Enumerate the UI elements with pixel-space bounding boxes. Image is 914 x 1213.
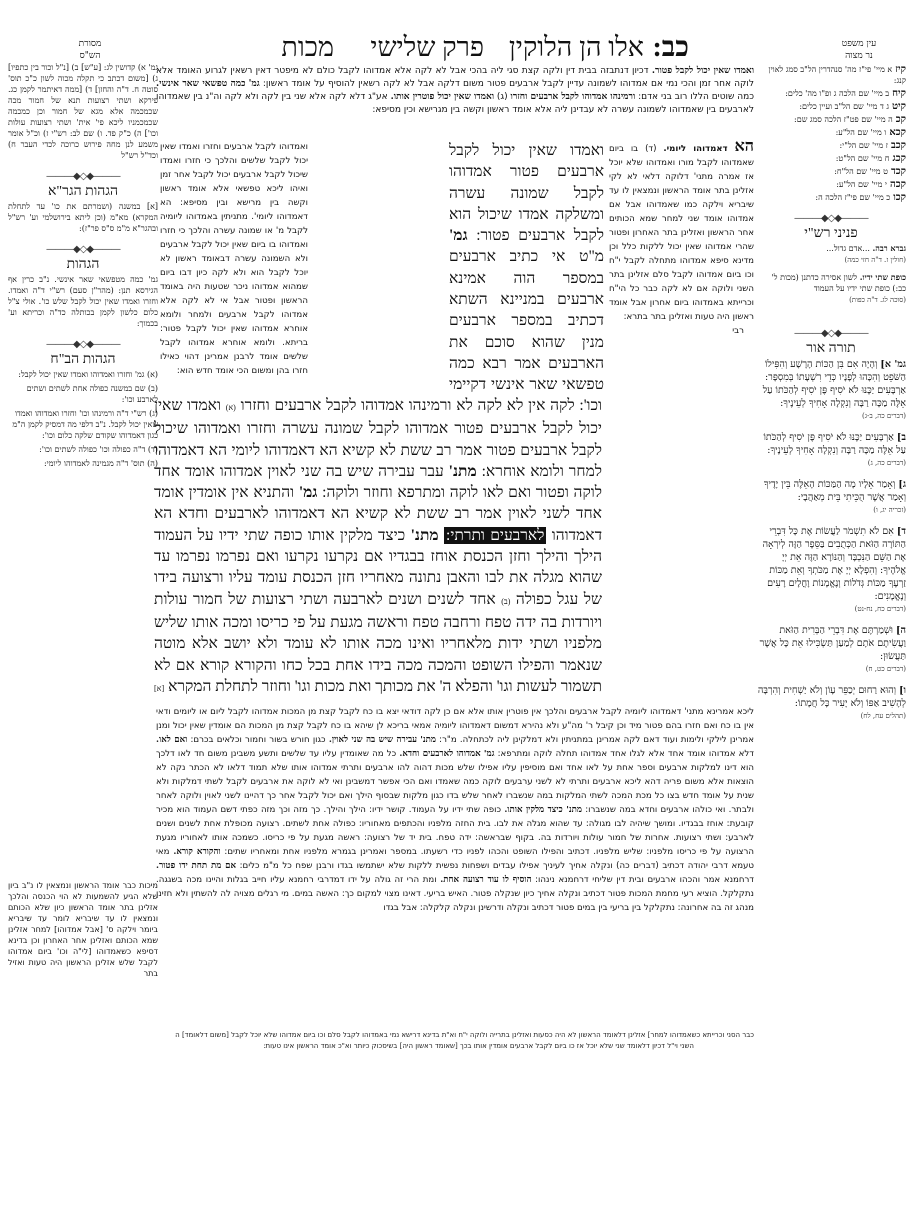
footnotes: כבר הסני וכרייתא כשאמדוהו למחר] אזלינן ד… [156, 1030, 754, 1060]
torah-or-entry: ה] וּשְׁמַרְתֶּם אֶת דִּבְרֵי הַבְּרִית … [756, 624, 906, 676]
ein-mishpat-list: קיזא מיי' פי"ז מה' סנהדרין הל"ב סמג לאוי… [756, 64, 906, 203]
hashas-title: הש"ס [55, 50, 125, 62]
torah-or-entry: ד] אִם לֹא תִשְׁמֹר לַעֲשׂוֹת אֶת כָּל ד… [756, 525, 906, 616]
pninei-rashi-title: פניני רש"י [756, 228, 906, 239]
torah-or-entry: ב] אַרְבָּעִים יַכֶּנּוּ לֹא יֹסִיף פֶּן… [756, 431, 906, 470]
daf-number: כב: [652, 32, 689, 64]
ein-mishpat-item: קיזא מיי' פי"ז מה' סנהדרין הל"ב סמג לאוי… [756, 64, 906, 86]
rashi-lower-commentary: ליכא אמרינא מתני' דאמדוהו ליומיה לקבל אר… [156, 705, 754, 1020]
page-header: עין משפט נר מצוה כב: אלו הן הלוקין פרק ש… [0, 0, 914, 62]
perek-label: פרק שלישי [370, 32, 484, 63]
ein-mishpat-item: קכגח מיי' שם הל"ט: [756, 153, 906, 164]
gemara-main: וכו': לקה אין לא לקה לא ורמינהו אמדוהו ל… [154, 395, 602, 695]
gemara-upper: ואמדו שאין יכול לקבל ארבעים פטור אמדוהו … [449, 140, 604, 395]
hagahot-habach-entry: (ד) ד"ה כפולה וכו' כפולה לשתים וכו': [8, 444, 158, 455]
ornament-divider: ———◆◇◆——— [756, 213, 906, 224]
ein-mishpat-title: עין משפט [824, 38, 894, 50]
pninei-rashi-entry: גברא רבה. ...אדם גדול... (חולין ז. ד"ה ח… [756, 243, 906, 266]
hagahot-habach-entry: (ה) תוס' ד"ה מגמינה לאמדוהו ליומי: [8, 458, 158, 469]
left-margin-lower-text: מיכות כבר אומד הראשון ונמצאין לו נ"ב ביו… [8, 880, 158, 1040]
hagahot-title: הגהות [8, 259, 158, 270]
hagahot-hagra-text: [א] במשנה (ושמרתם את כו' עד לתחלת המקרא)… [8, 201, 158, 234]
right-margin-column: קיזא מיי' פי"ז מה' סנהדרין הל"ב סמג לאוי… [756, 62, 906, 731]
hagahot-text: גמ' כמה מטפשאי שאר אינשי. נ"ב כרין אף הג… [8, 274, 158, 329]
rashi-column: הא דאמדוהו ליומי. (ד) בו ביום שאמדוהו לק… [609, 140, 754, 395]
ein-mishpat-item: קכוכ מיי' שם פי"ז הלכה ה: [756, 192, 906, 203]
ornament-divider: ———◆◇◆——— [8, 244, 158, 255]
torah-or-entry: ג] וְאָמַר אֵלָיו מָה הַמַּכּוֹת הָאֵלֶּ… [756, 478, 906, 517]
hagahot-hagra-title: הגהות הגר"א [8, 186, 158, 197]
ein-mishpat-item: קיחב מיי' שם הלכה ג ופ"ו מה' כלים: [756, 88, 906, 99]
ner-mitzvah-title: נר מצוה [824, 50, 894, 62]
torah-or-entry: גמ' א] וְהָיָה אִם בִּן הַכּוֹת הָרָשָׁע… [756, 358, 906, 423]
ornament-divider: ———◆◇◆——— [8, 171, 158, 182]
hagahot-habach-title: הגהות הב"ח [8, 354, 158, 365]
highlighted-text: לארבעים ותרתי: [444, 527, 546, 544]
torah-or-entry: ו] וְהוּא רַחוּם יְכַפֵּר עָוֹן וְלֹא יַ… [756, 684, 906, 723]
mesoret-hashas-header: מסורת הש"ס [55, 38, 125, 62]
hagahot-habach-entry: (א) גמ' וחזרו ואמדוהו ואמדו שאין יכול לק… [8, 369, 158, 380]
hagahot-habach-entry: (ג) רש"י ד"ה ורמינהו וכו' וחזרו ואמדוהו … [8, 408, 158, 441]
mesoret-title: מסורת [55, 38, 125, 50]
left-margin-column: גמ' א) קדושין לג: [ע"ש] ב) [נ"ל וכור בין… [8, 62, 158, 472]
torah-or-title: תורה אור [756, 343, 906, 354]
mesoret-hashas-text: גמ' א) קדושין לג: [ע"ש] ב) [נ"ל וכור בין… [8, 62, 158, 161]
pninei-rashi-entry: כופת שתי ידיו. לשון אסירה כדתנן (מכות ל'… [756, 272, 906, 306]
ein-mishpat-item: קכהי מיי' שם הל"ע: [756, 179, 906, 190]
tractate-name: מכות [281, 32, 334, 63]
ein-mishpat-item: קכה מיי' שם פט"ז הלכה סמג שם: [756, 114, 906, 125]
ornament-divider: ———◆◇◆——— [8, 339, 158, 350]
chapter-name: אלו הן הלוקין [509, 32, 644, 63]
hagahot-habach-entry: (ב) שם במשנה כפולה אחת לשתים ושתים לארבע… [8, 383, 158, 405]
ein-mishpat-header: עין משפט נר מצוה [824, 38, 894, 62]
ein-mishpat-item: קכאו מיי' שם הל"ע: [756, 127, 906, 138]
ein-mishpat-item: קיטג ד מיי' שם הל"ב ועיין כלים: [756, 101, 906, 112]
tosafot-top-band: ואמדו שאין יכול לקבל פטור. דכיון דנתבזה … [156, 65, 754, 137]
ein-mishpat-item: קכבז מיי' שם הל"י: [756, 140, 906, 151]
ornament-divider: ———◆◇◆——— [756, 328, 906, 339]
ein-mishpat-item: קכדט מיי' שם הל"ח: [756, 166, 906, 177]
